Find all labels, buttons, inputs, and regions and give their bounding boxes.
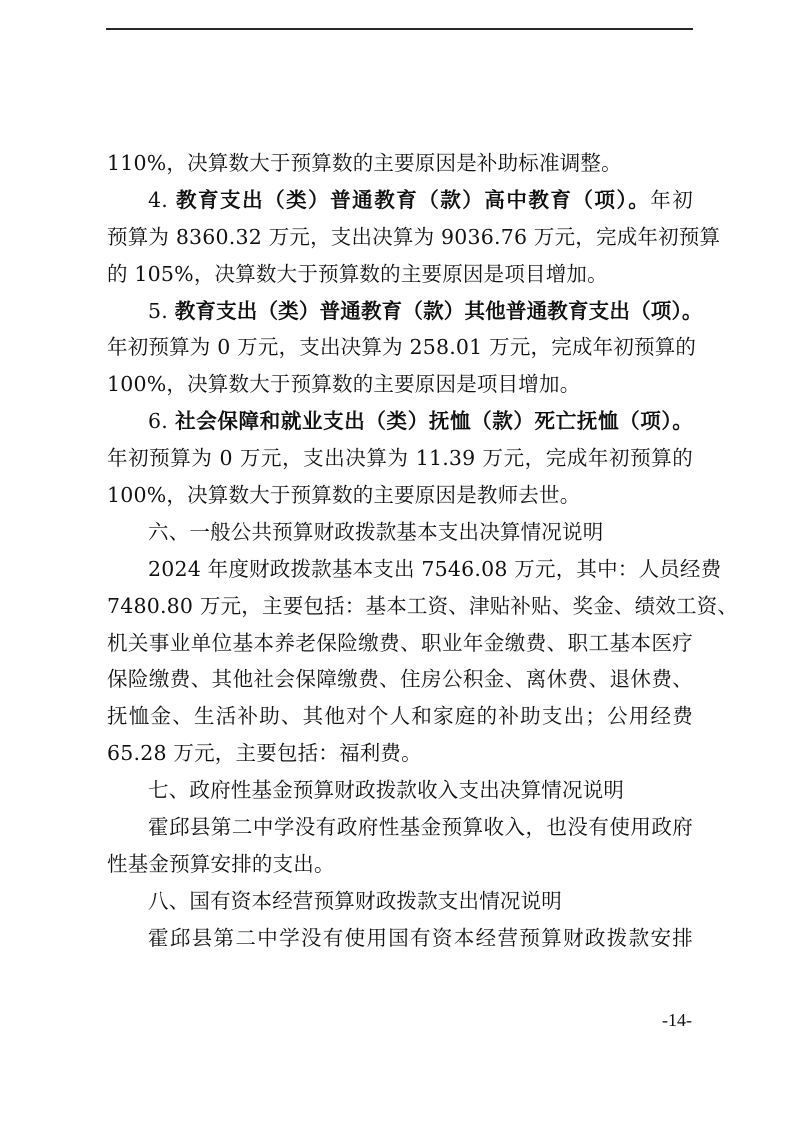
text-line: 抚恤金、生活补助、其他对个人和家庭的补助支出；公用经费 bbox=[107, 698, 693, 735]
item-heading: 教育支出（类）普通教育（款）其他普通教育支出（项）。 bbox=[175, 299, 703, 323]
text-line: 霍邱县第二中学没有使用国有资本经营预算财政拨款安排 bbox=[107, 920, 693, 957]
header-rule bbox=[106, 28, 693, 30]
item-5-title: 5. 教育支出（类）普通教育（款）其他普通教育支出（项）。 bbox=[107, 293, 693, 330]
item-number: 4. bbox=[148, 188, 176, 212]
item-4-title: 4. 教育支出（类）普通教育（款）高中教育（项）。年初 bbox=[107, 182, 693, 219]
text-line: 65.28 万元，主要包括：福利费。 bbox=[107, 735, 693, 772]
section-8-heading: 八、国有资本经营预算财政拨款支出情况说明 bbox=[107, 883, 693, 920]
text-line: 2024 年度财政拨款基本支出 7546.08 万元，其中：人员经费 bbox=[107, 551, 693, 588]
section-7-heading: 七、政府性基金预算财政拨款收入支出决算情况说明 bbox=[107, 772, 693, 809]
section-6-heading: 六、一般公共预算财政拨款基本支出决算情况说明 bbox=[107, 514, 693, 551]
item-number: 5. bbox=[148, 299, 175, 323]
text-line: 机关事业单位基本养老保险缴费、职业年金缴费、职工基本医疗 bbox=[107, 625, 693, 662]
text-line: 霍邱县第二中学没有政府性基金预算收入，也没有使用政府 bbox=[107, 809, 693, 846]
item-heading: 社会保障和就业支出（类）抚恤（款）死亡抚恤（项）。 bbox=[175, 409, 693, 433]
text-line: 保险缴费、其他社会保障缴费、住房公积金、离休费、退休费、 bbox=[107, 661, 693, 698]
item-number: 6. bbox=[148, 409, 175, 433]
text-line: 年初预算为 0 万元，支出决算为 258.01 万元，完成年初预算的 bbox=[107, 329, 693, 366]
item-heading: 教育支出（类）普通教育（款）高中教育（项）。 bbox=[176, 188, 650, 212]
text-line: 7480.80 万元，主要包括：基本工资、津贴补贴、奖金、绩效工资、 bbox=[107, 588, 693, 625]
text-line: 性基金预算安排的支出。 bbox=[107, 846, 693, 883]
item-continuation: 年初 bbox=[650, 188, 693, 212]
text-line: 的 105%，决算数大于预算数的主要原因是项目增加。 bbox=[107, 256, 693, 293]
text-line: 110%，决算数大于预算数的主要原因是补助标准调整。 bbox=[107, 145, 693, 182]
text-line: 预算为 8360.32 万元，支出决算为 9036.76 万元，完成年初预算 bbox=[107, 219, 693, 256]
text-line: 年初预算为 0 万元，支出决算为 11.39 万元，完成年初预算的 bbox=[107, 440, 693, 477]
text-line: 100%，决算数大于预算数的主要原因是教师去世。 bbox=[107, 477, 693, 514]
item-6-title: 6. 社会保障和就业支出（类）抚恤（款）死亡抚恤（项）。 bbox=[107, 403, 693, 440]
page-number: -14- bbox=[662, 1010, 692, 1031]
text-line: 100%，决算数大于预算数的主要原因是项目增加。 bbox=[107, 366, 693, 403]
document-body: 110%，决算数大于预算数的主要原因是补助标准调整。 4. 教育支出（类）普通教… bbox=[107, 145, 693, 957]
